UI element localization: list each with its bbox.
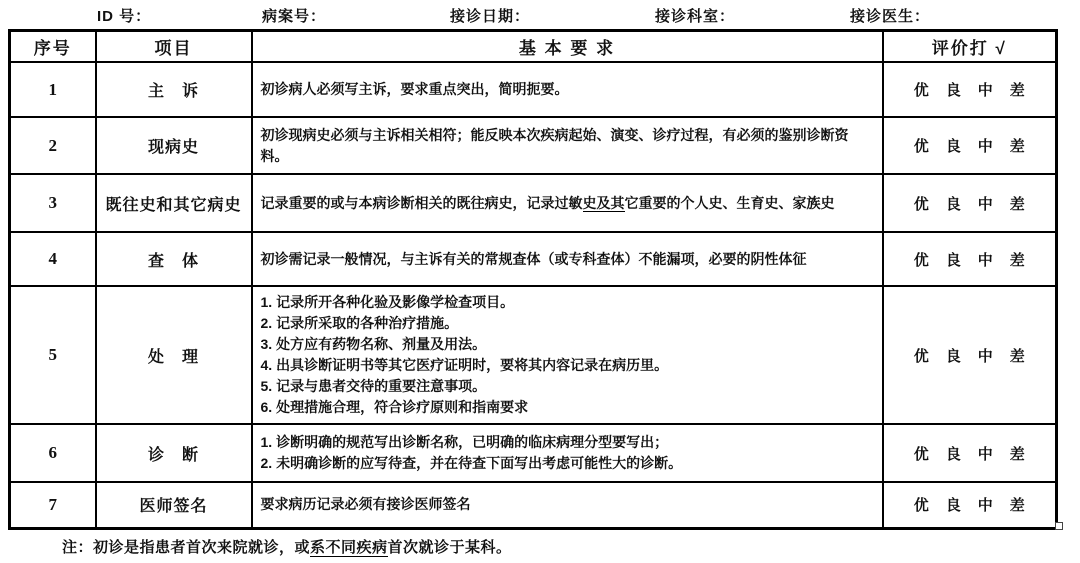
row-number: 2 xyxy=(10,117,96,174)
row-number: 1 xyxy=(10,62,96,117)
table-resize-handle[interactable] xyxy=(1055,522,1063,530)
rating-cell: 优 良 中 差 xyxy=(883,286,1057,424)
item-name: 处 理 xyxy=(96,286,252,424)
rating-option-good[interactable]: 良 xyxy=(946,249,961,270)
rating-option-fair[interactable]: 中 xyxy=(978,345,993,366)
requirement-segment: 它重要的个人史、生育史、家族史 xyxy=(625,195,835,211)
requirement-text: 要求病历记录必须有接诊医师签名 xyxy=(252,482,883,528)
footer-note-underlined-text: 系不同疾病 xyxy=(310,539,388,557)
footer-note-text: 首次就诊于某科。 xyxy=(388,539,512,556)
field-department-label: 接诊科室： xyxy=(655,5,735,26)
rating-cell: 优 良 中 差 xyxy=(883,117,1057,174)
table-header-row: 序号 项目 基 本 要 求 评价打 √ xyxy=(10,31,1057,63)
rating-option-good[interactable]: 良 xyxy=(946,494,961,515)
item-name: 医师签名 xyxy=(96,482,252,528)
rating-option-poor[interactable]: 差 xyxy=(1010,193,1025,214)
row-number: 5 xyxy=(10,286,96,424)
rating-option-good[interactable]: 良 xyxy=(946,345,961,366)
rating-option-excellent[interactable]: 优 xyxy=(914,249,929,270)
rating-option-poor[interactable]: 差 xyxy=(1010,443,1025,464)
requirement-text: 记录重要的或与本病诊断相关的既往病史，记录过敏史及其它重要的个人史、生育史、家族… xyxy=(252,174,883,232)
rating-option-good[interactable]: 良 xyxy=(946,79,961,100)
rating-option-excellent[interactable]: 优 xyxy=(914,443,929,464)
column-header-rating: 评价打 √ xyxy=(883,31,1057,63)
table-row: 4 查 体 初诊需记录一般情况，与主诉有关的常规查体（或专科查体）不能漏项，必要… xyxy=(10,232,1057,286)
rating-option-excellent[interactable]: 优 xyxy=(914,345,929,366)
rating-cell: 优 良 中 差 xyxy=(883,482,1057,528)
field-visit-date-label: 接诊日期： xyxy=(450,5,530,26)
item-name: 诊 断 xyxy=(96,424,252,482)
rating-option-fair[interactable]: 中 xyxy=(978,193,993,214)
medical-record-evaluation-form: ID 号： 病案号： 接诊日期： 接诊科室： 接诊医生： 序号 项目 基 本 要… xyxy=(0,0,1080,563)
table-row: 2 现病史 初诊现病史必须与主诉相关相符；能反映本次疾病起始、演变、诊疗过程，有… xyxy=(10,117,1057,174)
requirement-text: 1. 记录所开各种化验及影像学检查项目。 2. 记录所采取的各种治疗措施。 3.… xyxy=(252,286,883,424)
rating-cell: 优 良 中 差 xyxy=(883,424,1057,482)
rating-option-good[interactable]: 良 xyxy=(946,135,961,156)
rating-option-poor[interactable]: 差 xyxy=(1010,135,1025,156)
rating-option-good[interactable]: 良 xyxy=(946,443,961,464)
rating-option-good[interactable]: 良 xyxy=(946,193,961,214)
rating-cell: 优 良 中 差 xyxy=(883,174,1057,232)
requirement-text: 1. 诊断明确的规范写出诊断名称，已明确的临床病理分型要写出； 2. 未明确诊断… xyxy=(252,424,883,482)
table-row: 3 既往史和其它病史 记录重要的或与本病诊断相关的既往病史，记录过敏史及其它重要… xyxy=(10,174,1057,232)
rating-option-fair[interactable]: 中 xyxy=(978,249,993,270)
requirement-text: 初诊现病史必须与主诉相关相符；能反映本次疾病起始、演变、诊疗过程，有必须的鉴别诊… xyxy=(252,117,883,174)
requirement-text: 初诊需记录一般情况，与主诉有关的常规查体（或专科查体）不能漏项，必要的阴性体征 xyxy=(252,232,883,286)
table-row: 5 处 理 1. 记录所开各种化验及影像学检查项目。 2. 记录所采取的各种治疗… xyxy=(10,286,1057,424)
rating-option-fair[interactable]: 中 xyxy=(978,135,993,156)
row-number: 4 xyxy=(10,232,96,286)
requirement-segment: 记录重要的或与本病诊断相关的既往病史，记录过敏 xyxy=(261,195,583,211)
rating-option-poor[interactable]: 差 xyxy=(1010,494,1025,515)
rating-option-fair[interactable]: 中 xyxy=(978,494,993,515)
item-name: 现病史 xyxy=(96,117,252,174)
rating-cell: 优 良 中 差 xyxy=(883,62,1057,117)
field-doctor-label: 接诊医生： xyxy=(850,5,930,26)
rating-option-fair[interactable]: 中 xyxy=(978,79,993,100)
rating-option-excellent[interactable]: 优 xyxy=(914,79,929,100)
table-row: 7 医师签名 要求病历记录必须有接诊医师签名 优 良 中 差 xyxy=(10,482,1057,528)
item-name: 主 诉 xyxy=(96,62,252,117)
table-row: 1 主 诉 初诊病人必须写主诉，要求重点突出，简明扼要。 优 良 中 差 xyxy=(10,62,1057,117)
item-name: 既往史和其它病史 xyxy=(96,174,252,232)
rating-option-fair[interactable]: 中 xyxy=(978,443,993,464)
rating-option-poor[interactable]: 差 xyxy=(1010,345,1025,366)
rating-option-excellent[interactable]: 优 xyxy=(914,193,929,214)
rating-option-poor[interactable]: 差 xyxy=(1010,79,1025,100)
row-number: 7 xyxy=(10,482,96,528)
rating-option-excellent[interactable]: 优 xyxy=(914,494,929,515)
requirement-underlined-segment: 史及其 xyxy=(583,195,625,212)
table-row: 6 诊 断 1. 诊断明确的规范写出诊断名称，已明确的临床病理分型要写出； 2.… xyxy=(10,424,1057,482)
requirement-text: 初诊病人必须写主诉，要求重点突出，简明扼要。 xyxy=(252,62,883,117)
item-name: 查 体 xyxy=(96,232,252,286)
rating-cell: 优 良 中 差 xyxy=(883,232,1057,286)
footer-note: 注：初诊是指患者首次来院就诊，或系不同疾病首次就诊于某科。 xyxy=(62,536,512,557)
field-case-number-label: 病案号： xyxy=(262,5,326,26)
column-header-item: 项目 xyxy=(96,31,252,63)
rating-option-excellent[interactable]: 优 xyxy=(914,135,929,156)
evaluation-table: 序号 项目 基 本 要 求 评价打 √ 1 主 诉 初诊病人必须写主诉，要求重点… xyxy=(8,29,1058,530)
row-number: 6 xyxy=(10,424,96,482)
footer-note-text: 注：初诊是指患者首次来院就诊，或 xyxy=(62,539,310,556)
column-header-number: 序号 xyxy=(10,31,96,63)
row-number: 3 xyxy=(10,174,96,232)
field-id-number-label: ID 号： xyxy=(97,5,151,26)
rating-option-poor[interactable]: 差 xyxy=(1010,249,1025,270)
header-fields: ID 号： 病案号： 接诊日期： 接诊科室： 接诊医生： xyxy=(0,3,1080,29)
column-header-requirements: 基 本 要 求 xyxy=(252,31,883,63)
